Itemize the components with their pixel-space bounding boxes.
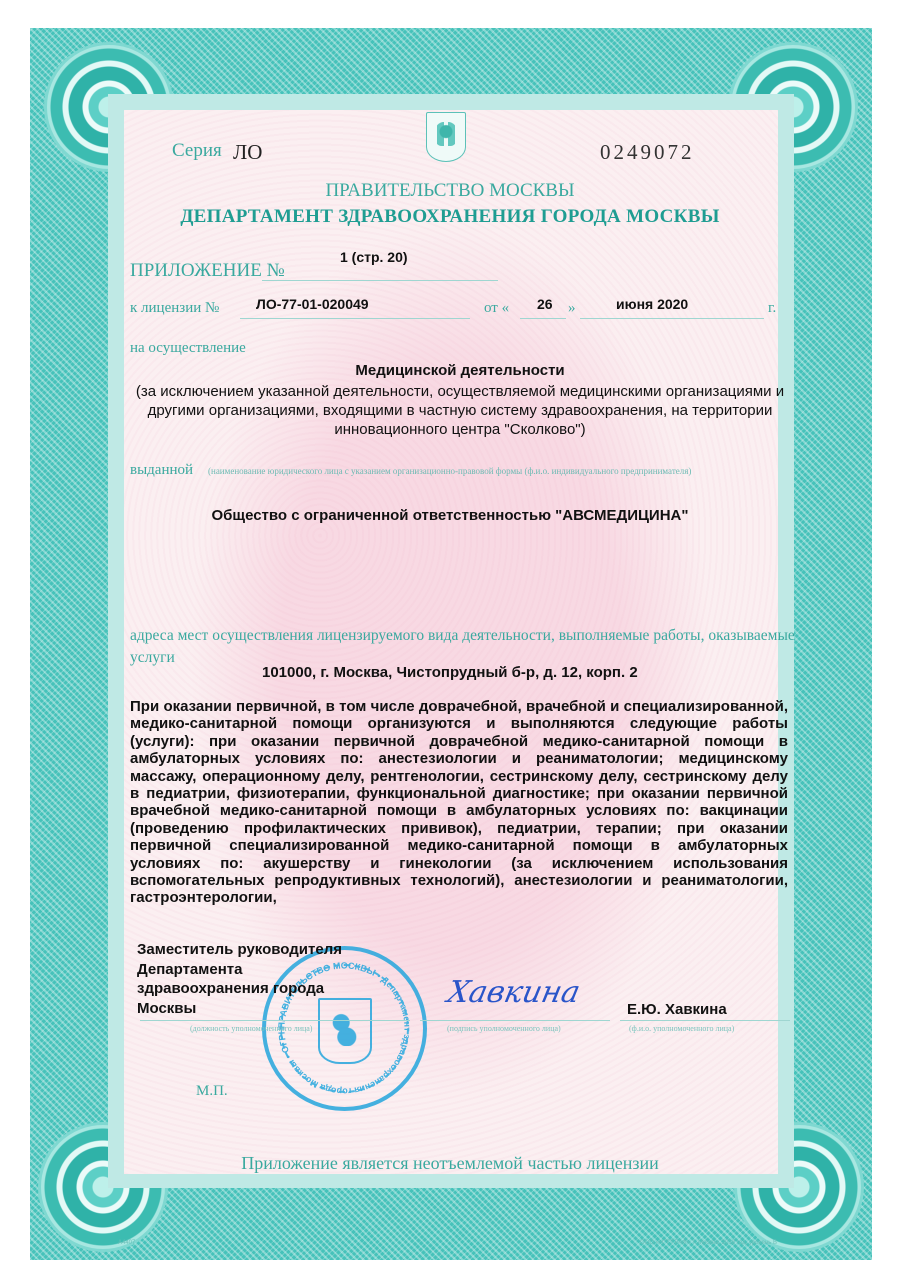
signer-position-line: Заместитель руководителя (137, 940, 342, 960)
department-title: ДЕПАРТАМЕНТ ЗДРАВООХРАНЕНИЯ ГОРОДА МОСКВ… (0, 206, 900, 228)
signature-underline (420, 1020, 610, 1021)
seal-place-label: М.П. (196, 1083, 228, 1100)
activity-description: (за исключением указанной деятельности, … (125, 382, 795, 439)
signer-position: Заместитель руководителя Департамента зд… (137, 940, 342, 1018)
appendix-number: 1 (стр. 20) (340, 249, 408, 265)
government-title: ПРАВИТЕЛЬСТВО МОСКВЫ (0, 180, 900, 202)
position-underline (140, 1020, 410, 1021)
date-close-quote: » (568, 300, 576, 317)
license-day: 26 (537, 296, 553, 312)
issued-hint: (наименование юридического лица с указан… (208, 466, 691, 476)
appendix-underline (262, 280, 498, 281)
address-label: адреса мест осуществления лицензируемого… (130, 625, 800, 669)
position-hint: (должность уполномоченного лица) (190, 1024, 312, 1033)
name-hint: (ф.и.о. уполномоченного лица) (629, 1024, 734, 1033)
license-underline (240, 318, 470, 319)
purpose-label: на осуществление (130, 340, 246, 357)
signer-position-line: Департамента (137, 960, 342, 980)
license-label: к лицензии № (130, 300, 219, 317)
issued-label: выданной (130, 462, 193, 479)
appendix-label: ПРИЛОЖЕНИЕ № (130, 260, 285, 282)
date-from-label: от « (484, 300, 509, 317)
signer-position-line: Москвы (137, 999, 342, 1019)
print-code-left: А4407 (118, 1240, 135, 1246)
name-underline (620, 1020, 790, 1021)
handwritten-signature: Хавкина (444, 975, 583, 1010)
footer-note: Приложение является неотъемлемой частью … (0, 1153, 900, 1174)
services-list: При оказании первичной, в том числе довр… (130, 698, 788, 907)
series-label: Серия (172, 140, 222, 162)
day-underline (520, 318, 566, 319)
signer-name: Е.Ю. Хавкина (627, 1001, 727, 1018)
signer-position-line: здравоохранения города (137, 979, 342, 999)
series-value: ЛО (233, 140, 262, 165)
activity-title: Медицинской деятельности (130, 362, 790, 379)
russian-coat-of-arms-icon (426, 112, 466, 162)
print-code-right: ООО «Н"Т"ГРАФ», г. Москва, 2018 год, уро… (640, 1240, 777, 1246)
signature-hint: (подпись уполномоченного лица) (447, 1024, 561, 1033)
form-number: 0249072 (600, 140, 695, 165)
license-number: ЛО-77-01-020049 (256, 296, 369, 312)
year-suffix: г. (768, 300, 776, 317)
month-underline (580, 318, 764, 319)
organization-name: Общество с ограниченной ответственностью… (0, 507, 900, 524)
license-month-year: июня 2020 (616, 296, 688, 312)
address-value: 101000, г. Москва, Чистопрудный б-р, д. … (262, 664, 638, 681)
